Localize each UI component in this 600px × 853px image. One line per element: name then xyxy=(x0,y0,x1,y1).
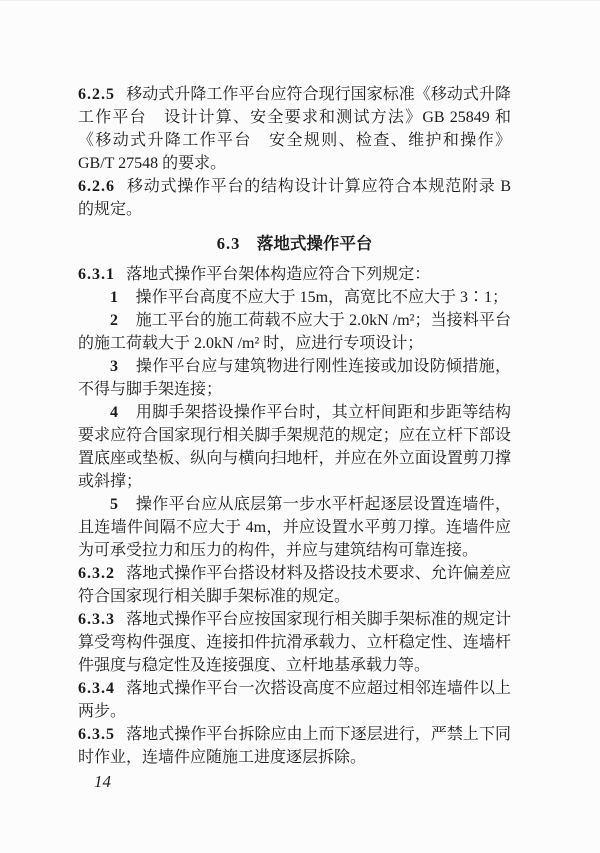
list-item-number: 1 xyxy=(110,289,118,306)
section-heading-6-3: 6.3落地式操作平台 xyxy=(78,232,511,255)
list-item-number: 4 xyxy=(110,404,118,421)
clause-number: 6.2.5 xyxy=(78,86,115,103)
clause-6-3-3: 6.3.3落地式操作平台应按国家现行相关脚手架标准的规定计算受弯构件强度、连接扣… xyxy=(78,608,511,677)
section-heading-number: 6.3 xyxy=(217,234,241,253)
list-item-number: 5 xyxy=(110,496,118,513)
list-item-text: 操作平台高度不应大于 15m，高宽比不应大于 3∶1； xyxy=(136,289,508,306)
list-item-text: 操作平台应与建筑物进行刚性连接或加设防倾措施，不得与脚手架连接； xyxy=(78,358,511,398)
clause-text: 落地式操作平台应按国家现行相关脚手架标准的规定计算受弯构件强度、连接扣件抗滑承载… xyxy=(78,611,511,674)
clause-6-2-6: 6.2.6移动式操作平台的结构设计计算应符合本规范附录 B 的规定。 xyxy=(78,175,511,221)
clause-text: 移动式升降工作平台应符合现行国家标准《移动式升降工作平台 设计计算、安全要求和测… xyxy=(78,86,511,172)
clause-6-3-4: 6.3.4落地式操作平台一次搭设高度不应超过相邻连墙件以上两步。 xyxy=(78,677,511,723)
clause-text: 移动式操作平台的结构设计计算应符合本规范附录 B 的规定。 xyxy=(78,178,511,218)
clause-number: 6.2.6 xyxy=(78,178,115,195)
clause-number: 6.3.3 xyxy=(78,611,115,628)
list-item-text: 用脚手架搭设操作平台时，其立杆间距和步距等结构要求应符合国家现行相关脚手架规范的… xyxy=(78,404,511,490)
list-item-1: 1操作平台高度不应大于 15m，高宽比不应大于 3∶1； xyxy=(78,286,511,309)
clause-text: 落地式操作平台拆除应由上而下逐层进行，严禁上下同时作业，连墙件应随施工进度逐层拆… xyxy=(78,726,511,766)
clause-number: 6.3.5 xyxy=(78,726,115,743)
list-item-text: 施工平台的施工荷载不应大于 2.0kN /m²；当接料平台的施工荷载大于 2.0… xyxy=(78,312,511,352)
list-item-2: 2施工平台的施工荷载不应大于 2.0kN /m²；当接料平台的施工荷载大于 2.… xyxy=(78,309,511,355)
list-item-5: 5操作平台应从底层第一步水平杆起逐层设置连墙件，且连墙件间隔不应大于 4m，并应… xyxy=(78,493,511,562)
clause-number: 6.3.4 xyxy=(78,680,115,697)
page-number: 14 xyxy=(94,772,111,792)
list-item-number: 2 xyxy=(110,312,118,329)
clause-6-3-5: 6.3.5落地式操作平台拆除应由上而下逐层进行，严禁上下同时作业，连墙件应随施工… xyxy=(78,723,511,769)
document-content: 6.2.5移动式升降工作平台应符合现行国家标准《移动式升降工作平台 设计计算、安… xyxy=(78,83,511,769)
list-item-text: 操作平台应从底层第一步水平杆起逐层设置连墙件，且连墙件间隔不应大于 4m，并应设… xyxy=(78,496,511,559)
section-heading-title: 落地式操作平台 xyxy=(257,234,373,253)
list-item-3: 3操作平台应与建筑物进行刚性连接或加设防倾措施，不得与脚手架连接； xyxy=(78,355,511,401)
list-item-number: 3 xyxy=(110,358,118,375)
clause-number: 6.3.2 xyxy=(78,565,115,582)
clause-text: 落地式操作平台架体构造应符合下列规定： xyxy=(126,266,430,283)
clause-text: 落地式操作平台搭设材料及搭设技术要求、允许偏差应符合国家现行相关脚手架标准的规定… xyxy=(78,565,511,605)
clause-6-3-1: 6.3.1落地式操作平台架体构造应符合下列规定： xyxy=(78,263,511,286)
clause-text: 落地式操作平台一次搭设高度不应超过相邻连墙件以上两步。 xyxy=(78,680,511,720)
clause-number: 6.3.1 xyxy=(78,266,115,283)
clause-6-3-2: 6.3.2落地式操作平台搭设材料及搭设技术要求、允许偏差应符合国家现行相关脚手架… xyxy=(78,562,511,608)
document-page: 6.2.5移动式升降工作平台应符合现行国家标准《移动式升降工作平台 设计计算、安… xyxy=(0,0,600,853)
list-item-4: 4用脚手架搭设操作平台时，其立杆间距和步距等结构要求应符合国家现行相关脚手架规范… xyxy=(78,401,511,493)
clause-6-2-5: 6.2.5移动式升降工作平台应符合现行国家标准《移动式升降工作平台 设计计算、安… xyxy=(78,83,511,175)
